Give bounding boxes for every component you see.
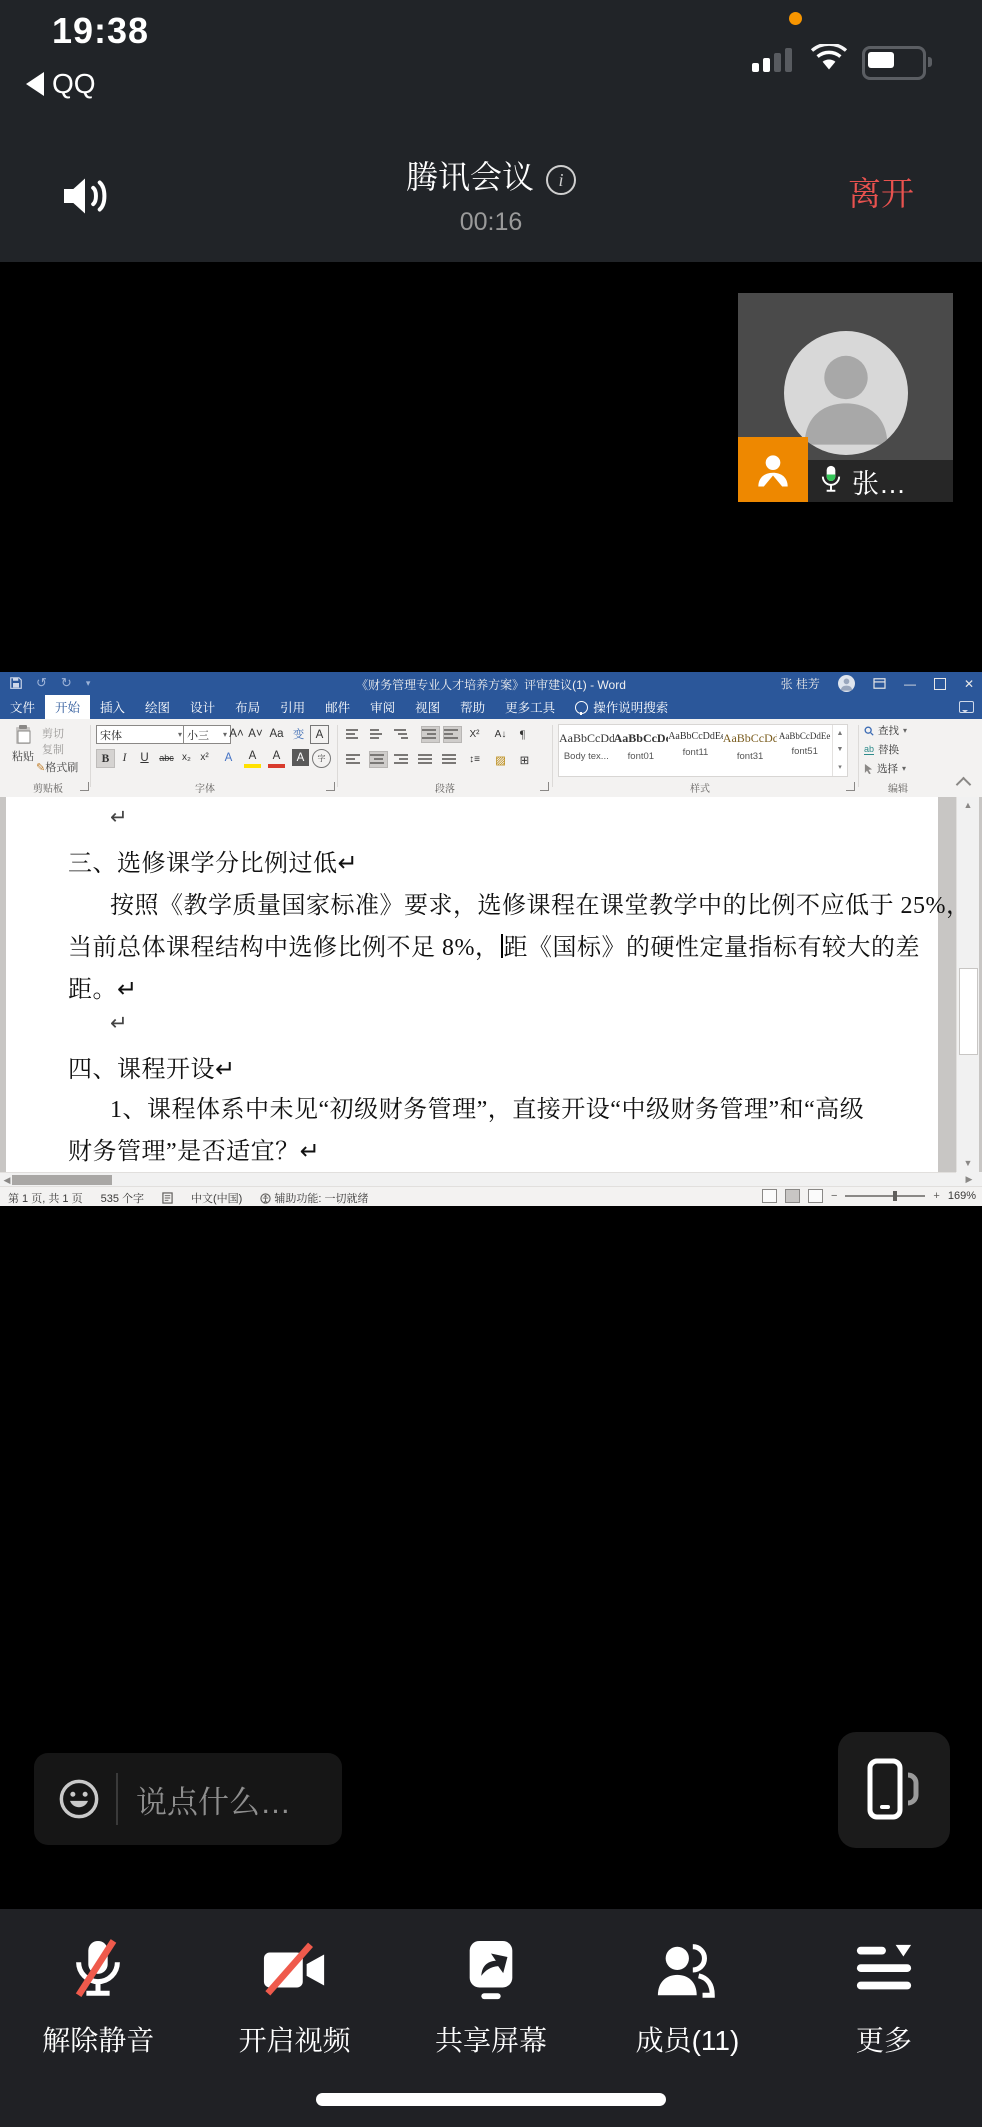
select-button[interactable]: 选择▾ — [864, 761, 907, 776]
doc-line: 按照《教学质量国家标准》要求，选修课程在课堂教学中的比例不应低于 25%， — [110, 885, 971, 920]
share-screen-icon — [460, 1937, 522, 2003]
rotate-phone-icon — [856, 1755, 932, 1825]
align-center-button[interactable] — [370, 752, 387, 767]
character-border-button[interactable]: A — [310, 725, 329, 744]
character-shading-button[interactable]: A — [292, 749, 309, 766]
text-effects-button[interactable]: A — [220, 749, 237, 766]
align-left-button[interactable] — [346, 752, 363, 767]
participant-name: 张… — [852, 462, 906, 501]
print-layout-button[interactable] — [785, 1189, 800, 1203]
styles-dialog-launcher[interactable] — [846, 782, 855, 791]
underline-button[interactable]: U — [136, 749, 153, 766]
page-indicator[interactable]: 第 1 页, 共 1 页 — [8, 1190, 83, 1206]
account-name[interactable]: 张 桂芳 — [781, 675, 820, 692]
vertical-scrollbar[interactable]: ▲ ▼ — [956, 797, 979, 1172]
language-indicator[interactable]: 中文(中国) — [191, 1190, 242, 1206]
phone-screen: 19:38 QQ 腾讯会议i 00:16 离开 — [0, 0, 982, 2127]
font-group-label: 字体 — [185, 780, 225, 795]
word-ribbon: 粘贴 剪切 复制 ✎格式刷 剪贴板 宋体▾ 小三▾ A˄ A˅ Aa 变 A B… — [0, 719, 982, 798]
phonetic-guide-button[interactable]: 变 — [290, 725, 307, 742]
bold-button[interactable]: B — [96, 749, 115, 768]
presenter-badge — [738, 437, 808, 502]
presenter-person-icon — [751, 448, 795, 492]
paragraph-dialog-launcher[interactable] — [540, 782, 549, 791]
lightbulb-icon — [575, 701, 588, 714]
grow-font-button[interactable]: A˄ — [228, 725, 245, 742]
tab-file[interactable]: 文件 — [0, 695, 45, 719]
accessibility-icon — [260, 1193, 271, 1204]
paragraph-group-label: 段落 — [425, 780, 465, 795]
tab-references[interactable]: 引用 — [270, 695, 315, 719]
mic-active-icon — [818, 463, 844, 499]
cursor-icon — [864, 763, 873, 774]
unmute-button[interactable]: 解除静音 — [0, 1909, 196, 2127]
style-font51[interactable]: AaBbCcDdEe font51 — [777, 725, 832, 776]
style-font11[interactable]: AaBbCcDdEe font11 — [668, 725, 723, 776]
replace-button[interactable]: ab 替换 — [864, 742, 907, 757]
font-size-combo[interactable]: 小三▾ — [183, 725, 231, 744]
tab-layout[interactable]: 布局 — [225, 695, 270, 719]
word-window: ↺ ↻ ▾ 《财务管理专业人才培养方案》评审建议(1) - Word 张 桂芳 … — [0, 672, 982, 1205]
show-marks-button[interactable]: ¶ — [514, 726, 531, 743]
wifi-icon — [810, 44, 848, 72]
styles-group-label: 样式 — [680, 780, 720, 795]
editing-group: 查找▾ ab 替换 选择▾ — [864, 723, 907, 780]
editing-group-label: 编辑 — [878, 780, 918, 795]
scroll-up-icon[interactable]: ▲ — [957, 797, 979, 814]
comments-icon[interactable] — [959, 701, 974, 713]
font-dialog-launcher[interactable] — [326, 782, 335, 791]
line-spacing-button[interactable]: ↕≡ — [466, 751, 483, 768]
font-name-combo[interactable]: 宋体▾ — [96, 725, 186, 744]
bullets-button[interactable] — [346, 727, 363, 742]
participant-video-tile[interactable]: 张… — [738, 293, 953, 502]
meeting-info-icon[interactable]: i — [546, 165, 576, 195]
web-layout-button[interactable] — [808, 1189, 823, 1203]
change-case-button[interactable]: Aa — [268, 725, 285, 742]
clipboard-dialog-launcher[interactable] — [80, 782, 89, 791]
participant-name-bar: 张… — [808, 460, 953, 502]
doc-line: 距。↵ — [68, 969, 138, 1004]
read-mode-button[interactable] — [762, 1189, 777, 1203]
increase-indent-button[interactable] — [444, 727, 461, 742]
leave-meeting-button[interactable]: 离开 — [848, 168, 914, 215]
document-area: ↵ 三、选修课学分比例过低↵ 按照《教学质量国家标准》要求，选修课程在课堂教学中… — [0, 797, 982, 1172]
zoom-slider-thumb[interactable] — [893, 1191, 897, 1201]
text-cursor — [501, 934, 503, 958]
chat-placeholder: 说点什么… — [136, 1777, 291, 1822]
style-font31[interactable]: AaBbCcDd font31 — [723, 725, 778, 776]
doc-line-with-cursor: 当前总体课程结构中选修比例不足 8%，距《国标》的硬性定量指标有较大的差 — [68, 927, 920, 962]
shading-button[interactable]: ▨ — [492, 751, 509, 768]
strikethrough-button[interactable]: abc — [158, 749, 175, 766]
meeting-title: 腾讯会议i — [0, 152, 982, 198]
back-to-qq-button[interactable]: QQ — [26, 68, 96, 100]
font-color-button[interactable]: A — [268, 747, 285, 768]
word-count[interactable]: 535 个字 — [101, 1190, 144, 1206]
paste-button[interactable]: 粘贴 — [8, 725, 38, 764]
find-button[interactable]: 查找▾ — [864, 723, 907, 738]
tab-design[interactable]: 设计 — [180, 695, 225, 719]
chat-input-bar[interactable]: 说点什么… — [34, 1753, 342, 1845]
members-icon — [654, 1937, 720, 2003]
word-titlebar: ↺ ↻ ▾ 《财务管理专业人才培养方案》评审建议(1) - Word 张 桂芳 … — [0, 672, 982, 695]
format-painter-button[interactable]: ✎格式刷 — [36, 759, 78, 775]
enclose-characters-button[interactable]: 字 — [312, 749, 331, 768]
zoom-slider[interactable] — [845, 1195, 925, 1197]
meeting-timer: 00:16 — [0, 208, 982, 237]
tell-me-search[interactable]: 操作说明搜索 — [565, 695, 678, 719]
cut-button[interactable]: 剪切 — [42, 725, 64, 741]
more-button[interactable]: 更多 — [786, 1909, 982, 2127]
decrease-indent-button[interactable] — [422, 727, 439, 742]
paragraph-mark: ↵ — [110, 805, 128, 830]
mic-in-use-indicator — [789, 12, 802, 25]
accessibility-status[interactable]: 辅助功能: 一切就绪 — [260, 1190, 368, 1206]
tab-help[interactable]: 帮助 — [450, 695, 495, 719]
distribute-button[interactable] — [442, 752, 459, 767]
tab-home[interactable]: 开始 — [45, 695, 90, 719]
tab-more-tools[interactable]: 更多工具 — [495, 695, 565, 719]
rotate-screen-button[interactable] — [838, 1732, 950, 1848]
cellular-signal-icon — [752, 46, 802, 72]
ribbon-display-options-icon[interactable] — [873, 678, 886, 689]
tab-view[interactable]: 视图 — [405, 695, 450, 719]
close-button[interactable]: ✕ — [964, 677, 974, 691]
word-menubar: 文件 开始 插入 绘图 设计 布局 引用 邮件 审阅 视图 帮助 更多工具 操作… — [0, 695, 982, 719]
zoom-level[interactable]: 169% — [948, 1190, 976, 1202]
mic-muted-icon — [67, 1937, 129, 2003]
tab-insert[interactable]: 插入 — [90, 695, 135, 719]
battery-icon — [862, 46, 926, 80]
vscroll-thumb[interactable] — [959, 968, 978, 1055]
emoji-icon[interactable] — [56, 1776, 102, 1822]
zoom-in-button[interactable]: + — [933, 1190, 939, 1202]
multilevel-list-button[interactable] — [394, 727, 411, 742]
word-statusbar: 第 1 页, 共 1 页 535 个字 中文(中国) 辅助功能: 一切就绪 − … — [0, 1186, 982, 1206]
camera-off-icon — [260, 1937, 330, 2003]
clipboard-group-label: 剪贴板 — [18, 780, 78, 795]
sort-button[interactable]: A↓ — [492, 726, 509, 743]
superscript-button[interactable]: x² — [196, 749, 213, 766]
doc-heading-3: 三、选修课学分比例过低↵ — [68, 843, 358, 878]
collapse-ribbon-icon[interactable] — [956, 777, 972, 793]
status-time: 19:38 — [52, 10, 149, 52]
styles-gallery: AaBbCcDdE Body tex... AaBbCcDc font01 Aa… — [558, 724, 848, 777]
borders-button[interactable]: ⊞ — [516, 751, 533, 768]
doc-line: 财务管理”是否适宜？↵ — [68, 1131, 320, 1166]
maximize-button[interactable] — [934, 678, 946, 690]
highlight-color-button[interactable]: A — [244, 747, 261, 768]
minimize-button[interactable]: — — [904, 677, 916, 691]
scroll-right-icon[interactable]: ▶ — [956, 1172, 982, 1186]
tab-review[interactable]: 审阅 — [360, 695, 405, 719]
chat-divider — [116, 1773, 118, 1825]
copy-button[interactable]: 复制 — [42, 741, 64, 757]
proofing-icon[interactable] — [162, 1192, 173, 1204]
style-font01[interactable]: AaBbCcDc font01 — [614, 725, 669, 776]
style-body-text[interactable]: AaBbCcDdE Body tex... — [559, 725, 614, 776]
styles-scroll[interactable]: ▲▼▾ — [832, 725, 847, 776]
numbering-button[interactable] — [370, 727, 387, 742]
align-right-button[interactable] — [394, 752, 411, 767]
tab-draw[interactable]: 绘图 — [135, 695, 180, 719]
subscript-button[interactable]: x₂ — [178, 749, 195, 766]
more-icon — [853, 1937, 915, 2003]
doc-heading-4: 四、课程开设↵ — [68, 1049, 236, 1084]
character-scaling-button[interactable]: X² — [466, 726, 483, 743]
account-avatar[interactable] — [838, 675, 855, 692]
back-arrow-icon — [26, 72, 44, 96]
horizontal-scrollbar[interactable]: ◀ — [0, 1172, 956, 1187]
zoom-out-button[interactable]: − — [831, 1190, 837, 1202]
search-icon — [864, 726, 874, 736]
tab-mailings[interactable]: 邮件 — [315, 695, 360, 719]
doc-line: 1、课程体系中未见“初级财务管理”，直接开设“中级财务管理”和“高级 — [110, 1089, 864, 1124]
justify-button[interactable] — [418, 752, 435, 767]
italic-button[interactable]: I — [116, 749, 133, 766]
paragraph-mark: ↵ — [110, 1011, 128, 1036]
meeting-header: 19:38 QQ 腾讯会议i 00:16 离开 — [0, 0, 982, 262]
hscroll-thumb[interactable] — [12, 1175, 112, 1185]
home-indicator[interactable] — [316, 2093, 666, 2106]
scroll-down-icon[interactable]: ▼ — [957, 1155, 979, 1172]
shrink-font-button[interactable]: A˅ — [247, 725, 264, 742]
